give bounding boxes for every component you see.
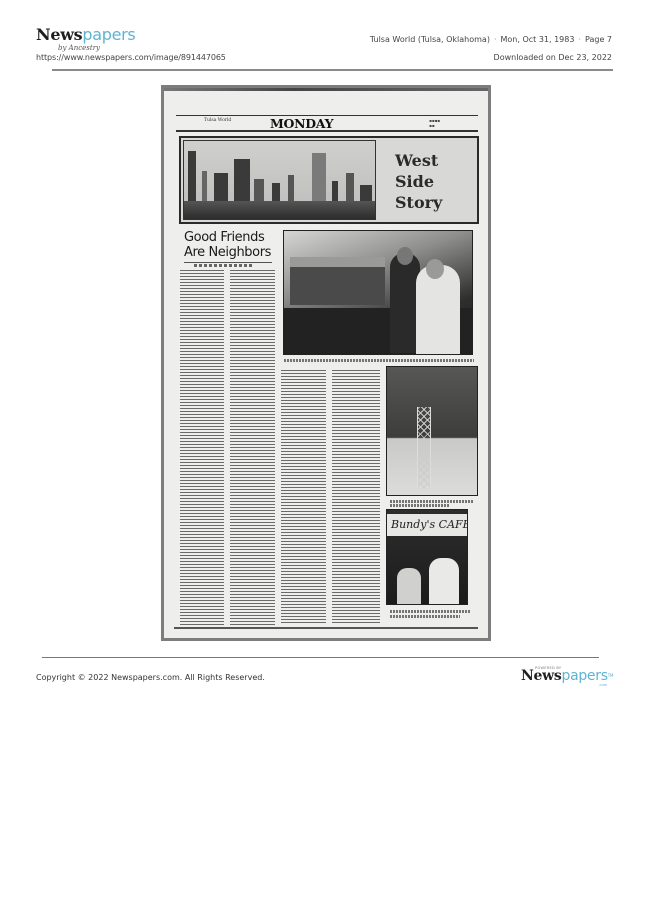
tulsa-skyline-photo <box>183 140 376 220</box>
trademark-mark: TM <box>608 673 613 678</box>
oil-derrick-photo <box>386 366 478 496</box>
publication-info: Tulsa World (Tulsa, Oklahoma)·Mon, Oct 3… <box>370 35 612 44</box>
page-bottom-border <box>174 627 478 629</box>
logo-ancestry-text: by Ancestry <box>58 44 135 52</box>
article-column <box>180 270 224 625</box>
article-column <box>332 370 380 625</box>
article-column <box>281 370 326 625</box>
photo-caption <box>284 359 474 362</box>
banner-title-line: Side <box>395 171 442 192</box>
publication-name: Tulsa World (Tulsa, Oklahoma) <box>370 35 490 44</box>
footer-logo-wordmark: NewspapersTM <box>521 668 613 684</box>
powered-by-text: POWERED BY <box>535 666 561 670</box>
photo-caption <box>390 615 460 618</box>
newspapers-logo[interactable]: Newspapers by Ancestry <box>36 27 135 52</box>
logo-wordmark: Newspapers <box>36 27 135 43</box>
publication-date: Mon, Oct 31, 1983 <box>501 35 575 44</box>
banner-title-line: West <box>395 150 442 171</box>
cafe-sign: Bundy's CAFE <box>387 514 467 536</box>
story-byline <box>184 262 272 267</box>
story-headline: Good Friends Are Neighbors <box>184 230 271 260</box>
download-date: Downloaded on Dec 23, 2022 <box>494 53 612 62</box>
couple-outside-house-photo <box>283 230 473 355</box>
footer-logo-com: .com <box>598 683 607 687</box>
separator: · <box>494 35 497 44</box>
photo-caption <box>390 504 450 507</box>
article-column <box>230 270 275 625</box>
image-url-link[interactable]: https://www.newspapers.com/image/8914470… <box>36 53 226 62</box>
separator: · <box>578 35 581 44</box>
footer-logo-papers: papers <box>561 668 607 684</box>
cafe-storefront-photo: Bundy's CAFE <box>386 509 468 605</box>
masthead-section-title: MONDAY <box>270 116 333 131</box>
newspapers-footer-logo[interactable]: POWERED BY NewspapersTM .com <box>521 668 613 684</box>
masthead-paper-name: Tulsa World <box>204 118 231 123</box>
footer-logo-news: News <box>521 668 561 684</box>
newspaper-page-image: Tulsa World MONDAY ▪▪▪▪▪▪ West S <box>161 85 491 641</box>
footer-divider <box>42 657 599 658</box>
section-masthead: Tulsa World MONDAY ▪▪▪▪▪▪ <box>176 115 478 132</box>
banner-title: West Side Story <box>395 150 442 213</box>
west-side-story-banner: West Side Story <box>179 136 479 224</box>
headline-line: Good Friends <box>184 230 271 245</box>
newspaper-sheet: Tulsa World MONDAY ▪▪▪▪▪▪ West S <box>164 88 488 638</box>
masthead-section-info: ▪▪▪▪▪▪ <box>429 118 440 128</box>
logo-papers-text: papers <box>82 25 135 44</box>
copyright-notice: Copyright © 2022 Newspapers.com. All Rig… <box>36 673 265 682</box>
logo-news-text: News <box>36 25 82 44</box>
banner-title-line: Story <box>395 192 442 213</box>
photo-caption <box>390 500 474 503</box>
headline-line: Are Neighbors <box>184 245 271 260</box>
photo-caption <box>390 610 470 613</box>
header-divider <box>52 69 613 71</box>
page-number: Page 7 <box>585 35 612 44</box>
